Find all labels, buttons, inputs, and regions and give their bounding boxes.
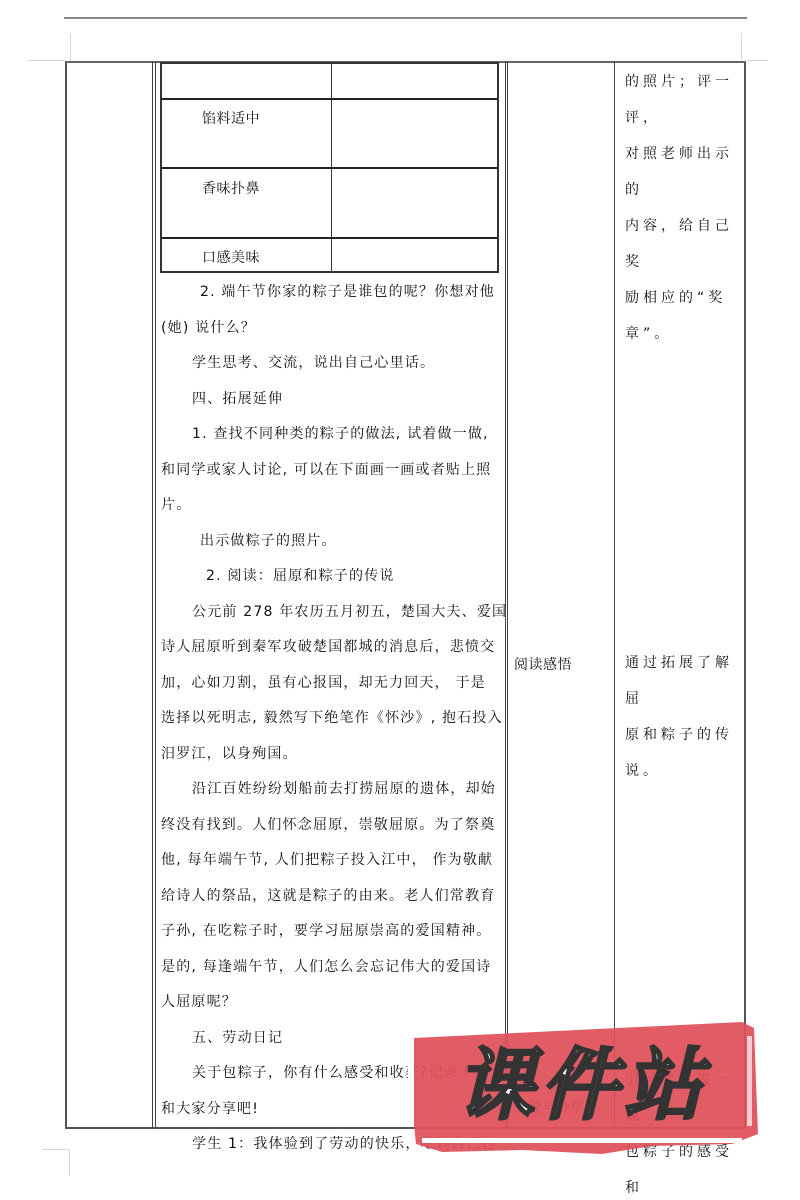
evaluation-criterion: 口感美味 (202, 247, 260, 267)
crop-mark-top-left (70, 33, 71, 61)
body-line: 终没有找到。人们怀念屈原，崇敬屈原。为了祭奠 (161, 814, 495, 834)
column-divider-2b (507, 61, 508, 1129)
body-line: 2. 阅读：屈原和粽子的传说 (206, 565, 395, 585)
crop-mark-top-left-h (28, 60, 65, 61)
body-line: 出示做粽子的照片。 (200, 530, 337, 550)
body-line: 和同学或家人讨论, 可以在下面画一画或者贴上照 (161, 459, 492, 479)
body-line: 选择以死明志, 毅然写下绝笔作《怀沙》, 抱石投入 (161, 707, 503, 727)
section-heading: 五、劳动日记 (192, 1027, 283, 1047)
body-line: 子孙, 在吃粽子时，要学习屈原崇高的爱国精神。 (161, 920, 492, 940)
crop-mark-bottom-left (69, 1150, 70, 1176)
evaluation-row-divider (162, 98, 497, 100)
activity-reading: 阅读感悟 (514, 654, 572, 674)
intent-middle: 通过拓展了解屈 原和粽子的传 说。 (625, 645, 743, 789)
page-header-rule (64, 17, 747, 19)
body-line: 人屈原呢？ (161, 991, 237, 1011)
body-line: 加，心如刀割，虽有心报国，却无力回天， 于是 (161, 672, 486, 692)
body-line: 学生思考、交流，说出自己心里话。 (192, 352, 435, 372)
intent-line: 的照片；评一评， (625, 64, 743, 136)
body-line: (她) 说什么？ (161, 317, 256, 337)
evaluation-table: 馅料适中 香味扑鼻 口感美味 (160, 62, 499, 273)
intent-line: 对照老师出示的 (625, 136, 743, 208)
column-divider-2 (505, 61, 506, 1129)
body-line: 1. 查找不同种类的粽子的做法, 试着做一做, (192, 423, 489, 443)
column-divider-1 (152, 61, 153, 1129)
body-line: 2. 端午节你家的粽子是谁包的呢？你想对他 (200, 281, 495, 301)
body-line: 沿江百姓纷纷划船前去打捞屈原的遗体，却始 (192, 778, 496, 798)
body-line: 诗人屈原听到秦军攻破楚国都城的消息后，悲愤交 (161, 636, 495, 656)
crop-mark-top-right-h (746, 60, 768, 61)
evaluation-row-divider (162, 237, 497, 239)
column-divider-1b (155, 61, 156, 1129)
svg-text:课件站: 课件站 (456, 1041, 712, 1131)
body-line: 给诗人的祭品，这就是粽子的由来。老人们常教育 (161, 885, 495, 905)
evaluation-row-divider (162, 167, 497, 169)
body-line: 片。 (161, 494, 191, 514)
intent-line: 内容，给自己奖 (625, 208, 743, 280)
watermark-stamp: 课件站 (402, 1016, 762, 1154)
body-line: 他, 每年端午节, 人们把粽子投入江中， 作为敬献 (161, 849, 493, 869)
intent-line: 说。 (625, 753, 743, 789)
intent-line: 通过拓展了解屈 (625, 645, 743, 717)
intent-line: 原和粽子的传 (625, 717, 743, 753)
intent-line: 励相应的“奖 (625, 280, 743, 316)
body-line: 汨罗江，以身殉国。 (161, 743, 298, 763)
crop-mark-bottom-left-h (42, 1149, 70, 1150)
section-heading: 四、拓展延伸 (192, 388, 283, 408)
evaluation-criterion: 香味扑鼻 (202, 178, 260, 198)
intent-line: 章”。 (625, 316, 743, 352)
body-line: 是的, 每逢端午节，人们怎么会忘记伟大的爱国诗 (161, 956, 492, 976)
body-line: 公元前 278 年农历五月初五，楚国大夫、爱国 (192, 601, 507, 621)
watermark-stamp-icon: 课件站 (402, 1016, 762, 1154)
column-divider-3 (614, 61, 615, 1129)
evaluation-criterion: 馅料适中 (202, 108, 260, 128)
crop-mark-top-right (741, 33, 742, 61)
body-line: 和大家分享吧! (161, 1098, 259, 1118)
intent-top: 的照片；评一评， 对照老师出示的 内容，给自己奖 励相应的“奖 章”。 (625, 64, 743, 352)
